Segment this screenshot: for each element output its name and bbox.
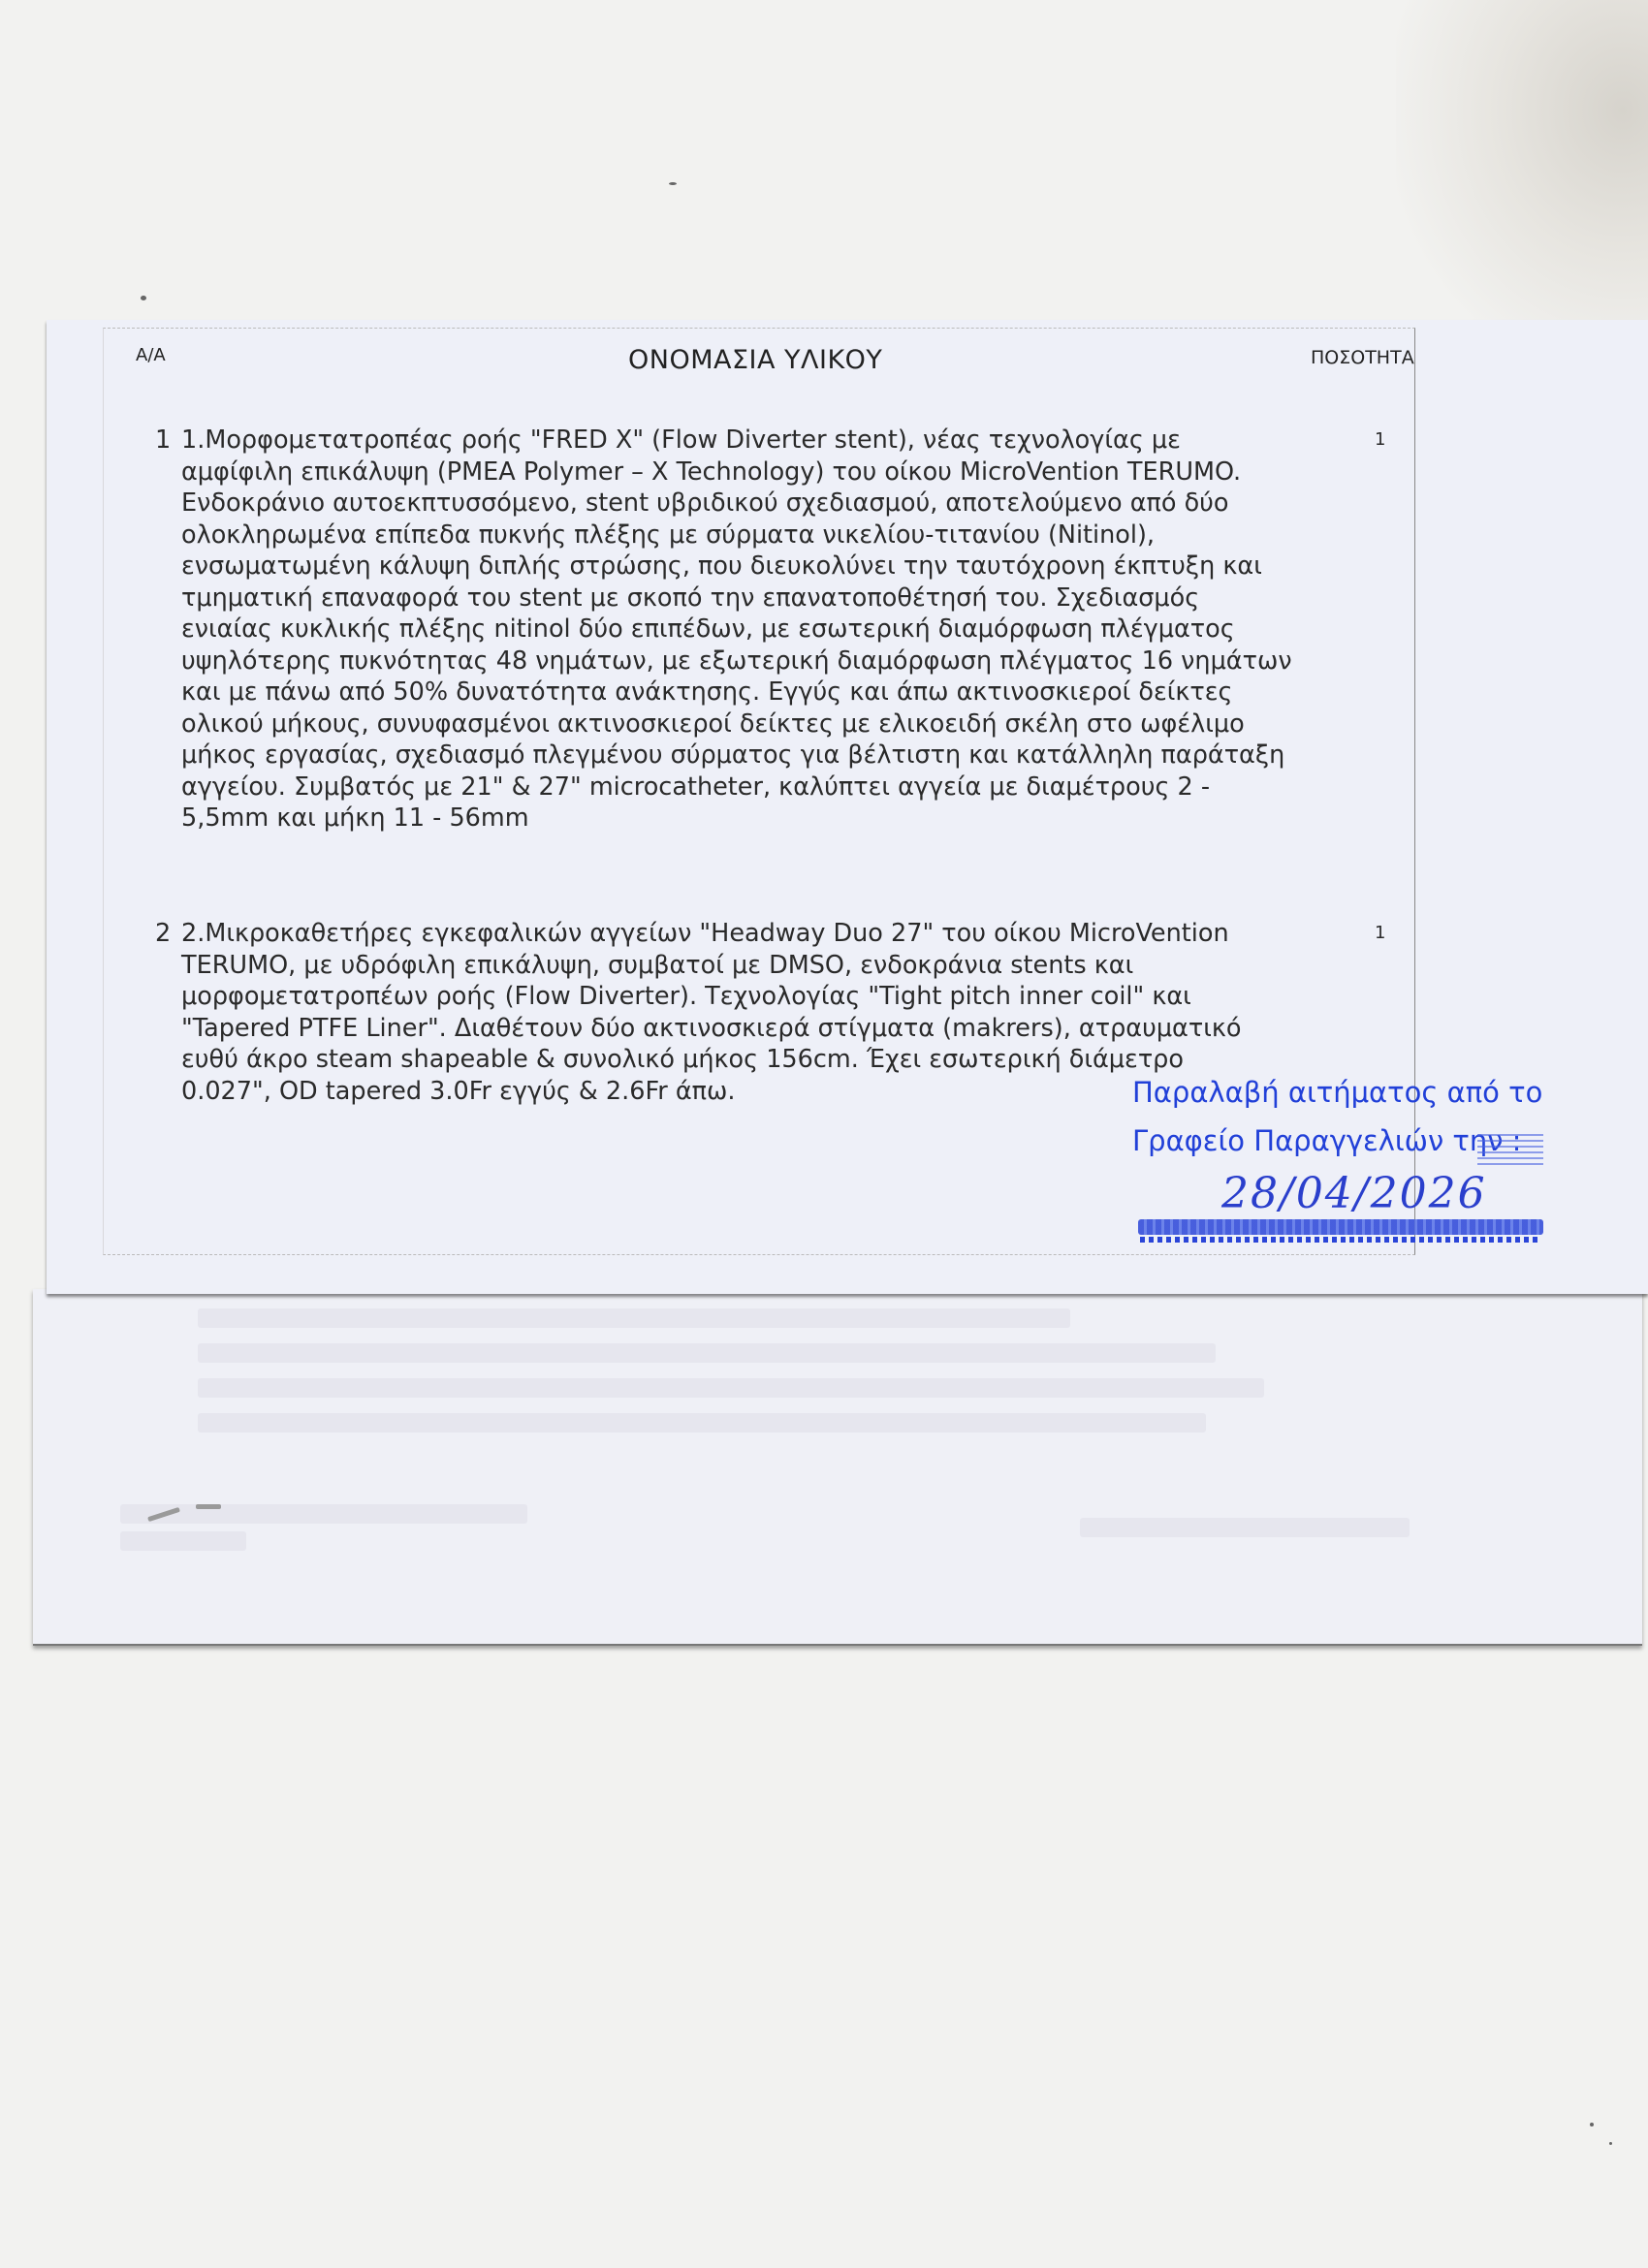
dust-speck xyxy=(141,296,146,300)
staple-mark xyxy=(196,1504,221,1509)
faded-text-line xyxy=(198,1343,1216,1363)
row-index: 1 xyxy=(155,425,178,457)
stamp-ink-smudge xyxy=(1477,1130,1543,1165)
column-header-index: A/A xyxy=(136,345,166,365)
faded-text-line xyxy=(198,1308,1070,1328)
row-index: 2 xyxy=(155,918,178,950)
background-shadow xyxy=(1396,0,1648,368)
dust-speck xyxy=(1609,2142,1612,2145)
row-quantity: 1 xyxy=(1375,918,1385,950)
stamp-text-line2: Γραφείο Παραγγελιών την : xyxy=(1132,1124,1521,1157)
faded-text-line xyxy=(198,1378,1264,1398)
row-quantity: 1 xyxy=(1375,425,1385,457)
dust-speck xyxy=(1590,2123,1594,2126)
faded-text-line xyxy=(120,1531,246,1551)
stamp-dotted-line xyxy=(1140,1237,1541,1243)
stamp-underline-bar xyxy=(1138,1219,1543,1235)
faded-text-line xyxy=(1080,1518,1410,1537)
stamp-text-line1: Παραλαβή αιτήματος από το xyxy=(1132,1076,1542,1109)
underlying-page xyxy=(33,1289,1642,1646)
faded-text-line xyxy=(120,1504,527,1524)
dust-speck xyxy=(669,182,677,185)
faded-text-line xyxy=(198,1413,1206,1433)
receipt-stamp: Παραλαβή αιτήματος από το Γραφείο Παραγγ… xyxy=(1086,1076,1590,1250)
column-header-material-name: ΟΝΟΜΑΣΙΑ ΥΛΙΚΟΥ xyxy=(628,345,882,375)
row-description: 1.Μορφομετατροπέας ροής "FRED X" (Flow D… xyxy=(181,425,1374,835)
column-header-quantity: ΠΟΣΟΤΗΤΑ xyxy=(1311,347,1414,368)
stamp-handwritten-date: 28/04/2026 xyxy=(1221,1169,1487,1218)
